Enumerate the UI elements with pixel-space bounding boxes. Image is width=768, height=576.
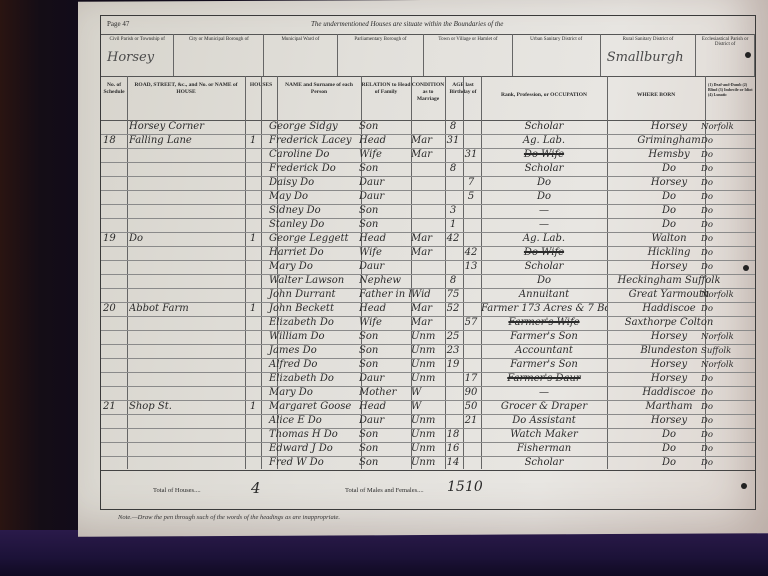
marital-condition: Mar xyxy=(411,302,445,316)
relation: Daur xyxy=(359,372,411,386)
relation: Son xyxy=(359,344,411,358)
district-label: Urban Sanitary District of xyxy=(513,37,600,42)
occupation: Farmer's Wife xyxy=(481,316,607,330)
table-row: Alice E DoDaurUnm21Do AssistantHorseyDo xyxy=(101,414,755,429)
table-row: Mary DoDaur13ScholarHorseyDo xyxy=(101,260,755,275)
table-row: William DoSonUnm25Farmer's SonHorseyNorf… xyxy=(101,330,755,345)
relation: Daur xyxy=(359,414,411,428)
age-male: 75 xyxy=(445,288,461,302)
header-street: ROAD, STREET, &c., and No. or NAME of HO… xyxy=(127,76,245,120)
total-males-value: 15 xyxy=(447,479,465,495)
houses-inhabited: 1 xyxy=(247,134,259,148)
occupation: Annuitant xyxy=(481,288,607,302)
age-male: 8 xyxy=(445,162,461,176)
total-houses-label: Total of Houses.... xyxy=(153,487,201,494)
census-entries: Horsey CornerGeorge SidgySon8ScholarHors… xyxy=(101,120,755,470)
table-row: Mary DoMotherW90—HaddiscoeDo xyxy=(101,386,755,401)
table-row: Stanley DoSon1—DoDo xyxy=(101,218,755,233)
district-cell: City or Municipal Borough of xyxy=(174,34,264,76)
totals-row: Total of Houses.... 4 Total of Males and… xyxy=(101,470,755,511)
relation: Mother xyxy=(359,386,411,400)
age-female: 42 xyxy=(463,246,479,260)
occupation: Ag. Lab. xyxy=(481,232,607,246)
district-cell: Rural Sanitary District ofSmallburgh xyxy=(601,34,697,76)
relation: Son xyxy=(359,442,411,456)
table-row: Elizabeth DoWifeMar57Farmer's WifeSaxtho… xyxy=(101,316,755,331)
table-row: Fred W DoSonUnm14ScholarDoDo xyxy=(101,456,755,471)
birth-county: Do xyxy=(701,176,755,190)
relation: Son xyxy=(359,218,411,232)
occupation: Do xyxy=(481,190,607,204)
birth-county: Do xyxy=(701,162,755,176)
marital-condition: Unm xyxy=(411,442,445,456)
birth-county: Do xyxy=(701,218,755,232)
occupation: Do xyxy=(481,176,607,190)
birth-county: Do xyxy=(701,428,755,442)
relation: Father in law xyxy=(359,288,411,302)
occupation: Ag. Lab. xyxy=(481,134,607,148)
birth-county: Do xyxy=(701,414,755,428)
relation: Wife xyxy=(359,148,411,162)
table-row: Edward J DoSonUnm16FishermanDoDo xyxy=(101,442,755,457)
table-row: 18Falling Lane1Frederick LaceyHeadMar31A… xyxy=(101,134,755,149)
age-female: 57 xyxy=(463,316,479,330)
background-surface xyxy=(0,530,768,576)
table-row: Horsey CornerGeorge SidgySon8ScholarHors… xyxy=(101,120,755,135)
age-female: 7 xyxy=(463,176,479,190)
relation: Wife xyxy=(359,316,411,330)
occupation: Do Wife xyxy=(481,148,607,162)
occupation: Grocer & Draper xyxy=(481,400,607,414)
table-row: Sidney DoSon3—DoDo xyxy=(101,204,755,219)
district-header-row: Civil Parish or Township ofHorseyCity or… xyxy=(101,34,755,77)
houses-inhabited: 1 xyxy=(247,232,259,246)
table-row: Alfred DoSonUnm19Farmer's SonHorseyNorfo… xyxy=(101,358,755,373)
table-row: May DoDaur5DoDoDo xyxy=(101,190,755,205)
age-male: 42 xyxy=(445,232,461,246)
birth-county: Do xyxy=(701,302,755,316)
age-female: 17 xyxy=(463,372,479,386)
page-number: Page 47 xyxy=(107,20,129,28)
age-male: 31 xyxy=(445,134,461,148)
occupation: Scholar xyxy=(481,260,607,274)
occupation: Do Wife xyxy=(481,246,607,260)
table-row: 20Abbot Farm1John BeckettHeadMar52Farmer… xyxy=(101,302,755,317)
marital-condition: Wid xyxy=(411,288,445,302)
schedule-no: 20 xyxy=(103,302,125,316)
birth-county: Do xyxy=(701,372,755,386)
table-row: 21Shop St.1Margaret GooseHeadW50Grocer &… xyxy=(101,400,755,415)
occupation: Farmer's Daur xyxy=(481,372,607,386)
relation: Son xyxy=(359,358,411,372)
age-male: 14 xyxy=(445,456,461,470)
relation: Daur xyxy=(359,190,411,204)
table-row: John DurrantFather in lawWid75AnnuitantG… xyxy=(101,288,755,303)
district-cell: Civil Parish or Township ofHorsey xyxy=(101,34,174,76)
occupation: Do Assistant xyxy=(481,414,607,428)
occupation: Do xyxy=(481,274,607,288)
age-female: 31 xyxy=(463,148,479,162)
marital-condition: Unm xyxy=(411,456,445,470)
age-male: 23 xyxy=(445,344,461,358)
occupation: — xyxy=(481,386,607,400)
header-name: NAME and Surname of each Person xyxy=(277,76,361,120)
schedule-no: 21 xyxy=(103,400,125,414)
birth-county: Do xyxy=(701,190,755,204)
district-cell: Town or Village or Hamlet of xyxy=(424,34,512,76)
column-header-row: No. of Schedule ROAD, STREET, &c., and N… xyxy=(101,76,755,121)
punch-hole-icon xyxy=(743,265,749,271)
age-female: 5 xyxy=(463,190,479,204)
district-cell: Parliamentary Borough of xyxy=(338,34,425,76)
table-row: Walter LawsonNephew8DoHeckingham Suffolk xyxy=(101,274,755,289)
marital-condition: Unm xyxy=(411,428,445,442)
birth-county: Norfolk xyxy=(701,330,755,344)
occupation: Farmer's Son xyxy=(481,358,607,372)
houses-inhabited: 1 xyxy=(247,302,259,316)
punch-hole-icon xyxy=(741,483,747,489)
marital-condition: Mar xyxy=(411,316,445,330)
table-row: James DoSonUnm23AccountantBlundestonSuff… xyxy=(101,344,755,359)
relation: Head xyxy=(359,400,411,414)
age-female: 50 xyxy=(463,400,479,414)
age-female: 13 xyxy=(463,260,479,274)
occupation: Accountant xyxy=(481,344,607,358)
table-row: Daisy DoDaur7DoHorseyDo xyxy=(101,176,755,191)
district-value: Smallburgh xyxy=(607,50,684,65)
table-row: Frederick DoSon8ScholarDoDo xyxy=(101,162,755,177)
relation: Son xyxy=(359,162,411,176)
header-condition: CONDITION as to Marriage xyxy=(411,76,445,120)
marital-condition: Mar xyxy=(411,246,445,260)
relation: Head xyxy=(359,134,411,148)
age-female: 90 xyxy=(463,386,479,400)
street-address: Shop St. xyxy=(129,400,241,414)
birth-county: Do xyxy=(701,134,755,148)
form-title: The undermentioned Houses are situate wi… xyxy=(311,20,503,28)
occupation: Fisherman xyxy=(481,442,607,456)
birth-county: Do xyxy=(701,456,755,470)
relation: Head xyxy=(359,302,411,316)
birth-county: Do xyxy=(701,442,755,456)
age-male: 1 xyxy=(445,218,461,232)
district-label: Town or Village or Hamlet of xyxy=(424,37,511,42)
occupation: Farmer's Son xyxy=(481,330,607,344)
header-born: WHERE BORN xyxy=(607,76,705,120)
occupation: Farmer 173 Acres & 7 Boy xyxy=(481,302,607,316)
birth-county: Do xyxy=(701,246,755,260)
marital-condition: Unm xyxy=(411,344,445,358)
age-male: 52 xyxy=(445,302,461,316)
age-male: 19 xyxy=(445,358,461,372)
table-row: Caroline DoWifeMar31Do WifeHemsbyDo xyxy=(101,148,755,163)
occupation: — xyxy=(481,218,607,232)
marital-condition: Mar xyxy=(411,134,445,148)
header-relation: RELATION to Head of Family xyxy=(361,76,411,120)
birth-county: Norfolk xyxy=(701,288,755,302)
age-female: 21 xyxy=(463,414,479,428)
marital-condition: Unm xyxy=(411,414,445,428)
table-row: Elizabeth DoDaurUnm17Farmer's DaurHorsey… xyxy=(101,372,755,387)
district-label: City or Municipal Borough of xyxy=(174,37,263,42)
district-label: Civil Parish or Township of xyxy=(101,37,173,42)
age-male: 8 xyxy=(445,274,461,288)
relation: Son xyxy=(359,330,411,344)
relation: Son xyxy=(359,428,411,442)
relation: Nephew xyxy=(359,274,411,288)
birth-county: Do xyxy=(701,400,755,414)
schedule-no: 19 xyxy=(103,232,125,246)
birthplace: Saxthorpe Colton xyxy=(609,316,729,330)
street-address: Abbot Farm xyxy=(129,302,241,316)
total-houses-value: 4 xyxy=(251,479,261,497)
header-schedule-no: No. of Schedule xyxy=(101,76,127,120)
district-label: Rural Sanitary District of xyxy=(601,37,696,42)
district-label: Ecclesiastical Parish or District of xyxy=(696,37,754,47)
district-value: Horsey xyxy=(107,50,154,65)
marital-condition: Unm xyxy=(411,330,445,344)
relation: Wife xyxy=(359,246,411,260)
relation: Daur xyxy=(359,176,411,190)
marital-condition: Mar xyxy=(411,148,445,162)
table-row: 19Do1George LeggettHeadMar42Ag. Lab.Walt… xyxy=(101,232,755,247)
marital-condition: Unm xyxy=(411,358,445,372)
relation: Son xyxy=(359,456,411,470)
street-address: Do xyxy=(129,232,241,246)
relation: Daur xyxy=(359,260,411,274)
title-row: Page 47 The undermentioned Houses are si… xyxy=(101,16,755,35)
total-persons-label: Total of Males and Females.... xyxy=(345,487,424,494)
birth-county: Norfolk xyxy=(701,120,755,134)
district-cell: Municipal Ward of xyxy=(264,34,337,76)
marital-condition: W xyxy=(411,400,445,414)
occupation: Scholar xyxy=(481,120,607,134)
birth-county: Suffolk xyxy=(701,344,755,358)
age-male: 3 xyxy=(445,204,461,218)
birth-county: Do xyxy=(701,148,755,162)
relation: Son xyxy=(359,204,411,218)
street-address: Horsey Corner xyxy=(129,120,241,134)
occupation: Scholar xyxy=(481,162,607,176)
houses-inhabited: 1 xyxy=(247,400,259,414)
district-cell: Urban Sanitary District of xyxy=(513,34,601,76)
header-infirmity: (1) Deaf-and-Dumb (2) Blind (3) Imbecile… xyxy=(705,76,757,120)
age-male: 8 xyxy=(445,120,461,134)
birth-county: Do xyxy=(701,204,755,218)
district-label: Parliamentary Borough of xyxy=(338,37,424,42)
birth-county: Do xyxy=(701,386,755,400)
age-male: 16 xyxy=(445,442,461,456)
marital-condition: Mar xyxy=(411,232,445,246)
header-occupation: Rank, Profession, or OCCUPATION xyxy=(481,76,607,120)
birth-county: Do xyxy=(701,232,755,246)
relation: Son xyxy=(359,120,411,134)
form-footnote: Note.—Draw the pen through such of the w… xyxy=(118,514,340,521)
marital-condition: W xyxy=(411,386,445,400)
birthplace: Heckingham Suffolk xyxy=(609,274,729,288)
table-row: Harriet DoWifeMar42Do WifeHicklingDo xyxy=(101,246,755,261)
punch-hole-icon xyxy=(745,52,751,58)
table-row: Thomas H DoSonUnm18Watch MakerDoDo xyxy=(101,428,755,443)
total-females-value: 10 xyxy=(465,479,483,495)
occupation: — xyxy=(481,204,607,218)
relation: Head xyxy=(359,232,411,246)
occupation: Scholar xyxy=(481,456,607,470)
birth-county: Norfolk xyxy=(701,358,755,372)
district-label: Municipal Ward of xyxy=(264,37,336,42)
age-male: 18 xyxy=(445,428,461,442)
street-address: Falling Lane xyxy=(129,134,241,148)
schedule-no: 18 xyxy=(103,134,125,148)
census-form: Page 47 The undermentioned Houses are si… xyxy=(100,15,756,510)
occupation: Watch Maker xyxy=(481,428,607,442)
marital-condition: Unm xyxy=(411,372,445,386)
age-male: 25 xyxy=(445,330,461,344)
